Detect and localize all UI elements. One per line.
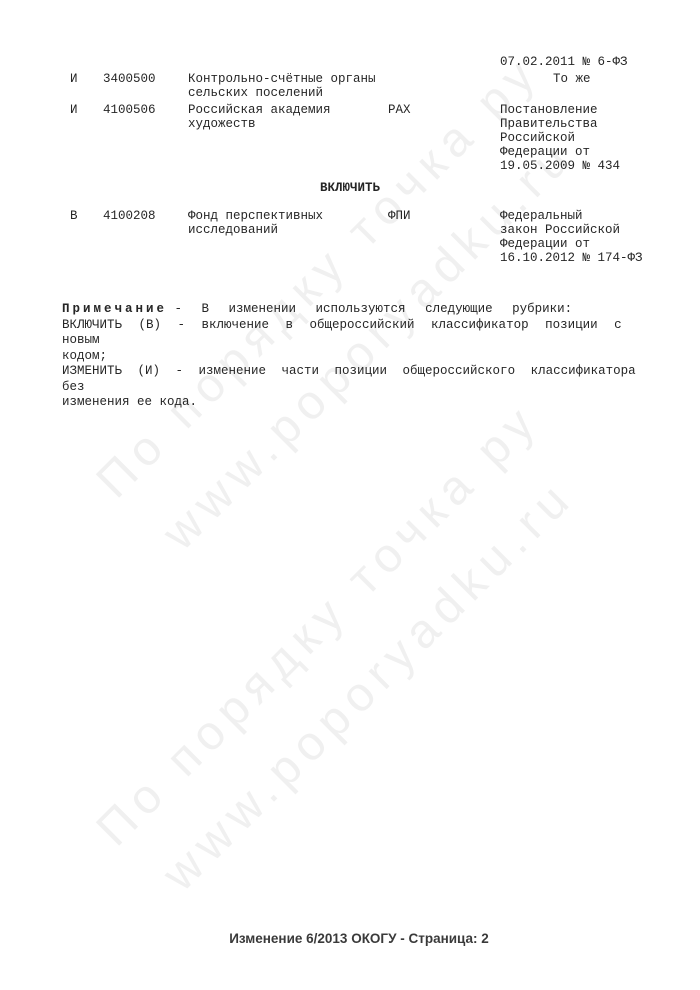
note-line: ИЗМЕНИТЬ (И) - изменение части позиции о… [62, 364, 669, 395]
carryover-basis-text: 07.02.2011 № 6-ФЗ [500, 55, 628, 69]
row-basis: То же [553, 72, 591, 86]
row-code: 4100208 [103, 209, 156, 223]
row-name: Фонд перспективных исследований [188, 209, 384, 237]
page-footer: Изменение 6/2013 ОКОГУ - Страница: 2 [9, 931, 700, 946]
document-page: По порядку точка ру www.poporyadku.ru По… [0, 0, 700, 990]
row-basis: Федеральный закон Российской Федерации о… [500, 209, 650, 265]
note-block: Примечание - В изменении используются сл… [62, 302, 669, 411]
row-name: Контрольно-счётные органы сельских посел… [188, 72, 384, 100]
note-intro-text: - В изменении используются следующие руб… [175, 302, 573, 316]
row-abbr: ФПИ [388, 209, 411, 223]
note-line: изменения ее кода. [62, 395, 669, 411]
note-intro-line: Примечание - В изменении используются сл… [62, 302, 669, 318]
row-code: 3400500 [103, 72, 156, 86]
note-line: ВКЛЮЧИТЬ (В) - включение в общероссийски… [62, 318, 669, 349]
row-basis: Постановление Правительства Российской Ф… [500, 103, 650, 173]
row-flag: И [70, 72, 78, 86]
row-flag: В [70, 209, 78, 223]
note-line: кодом; [62, 349, 669, 365]
row-name: Российская академия художеств [188, 103, 384, 131]
row-flag: И [70, 103, 78, 117]
row-code: 4100506 [103, 103, 156, 117]
row-abbr: РАХ [388, 103, 411, 117]
section-heading: ВКЛЮЧИТЬ [0, 181, 700, 195]
note-label: Примечание [62, 302, 167, 316]
